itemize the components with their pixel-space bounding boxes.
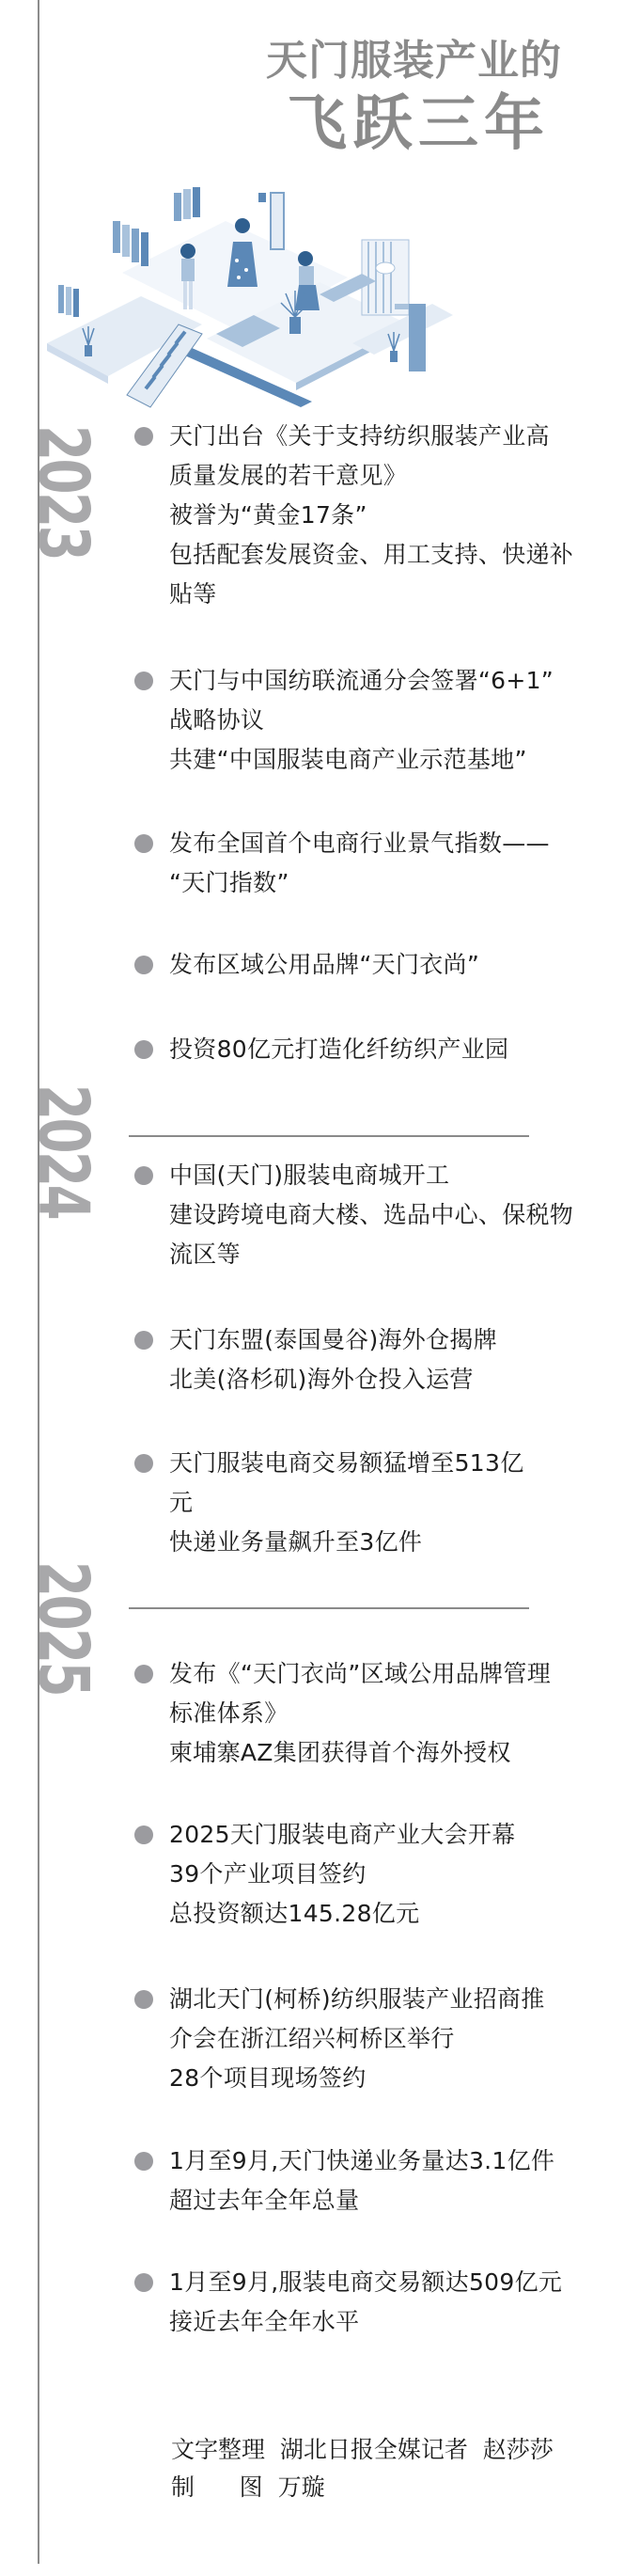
item-text: 共建“中国服装电商产业示范基地” (169, 740, 617, 780)
year-label-2025: 2025 (35, 1561, 91, 1700)
item-text: 发布区域公用品牌“天门衣尚” (169, 945, 617, 985)
item-text: 接近去年全年水平 (169, 2302, 617, 2342)
bullet-icon (134, 1665, 153, 1683)
item-text: 贴等 (169, 575, 617, 614)
bullet-icon (134, 672, 153, 690)
bullet-icon (134, 2273, 153, 2292)
item-text: 元 (169, 1483, 617, 1523)
year-label-2024: 2024 (35, 1084, 91, 1225)
item-text: 28个项目现场签约 (169, 2059, 617, 2098)
item-text: 1月至9月,天门快递业务量达3.1亿件 (169, 2141, 617, 2181)
page-title-line2: 飞跃三年 (287, 87, 550, 162)
item-text: “天门指数” (169, 863, 617, 903)
bullet-icon (134, 1454, 153, 1473)
item-text: 2025天门服装电商产业大会开幕 (169, 1815, 617, 1855)
item-text: 包括配套发展资金、用工支持、快递补 (169, 535, 617, 575)
item-text: 建设跨境电商大楼、选品中心、保税物 (169, 1195, 617, 1235)
item-text: 发布全国首个电商行业景气指数—— (169, 824, 617, 863)
timeline-item: 天门与中国纺联流通分会签署“6+1” 战略协议 共建“中国服装电商产业示范基地” (129, 661, 617, 780)
timeline-item: 发布《“天门衣尚”区域公用品牌管理 标准体系》 柬埔寨AZ集团获得首个海外授权 (129, 1654, 617, 1773)
item-text: 超过去年全年总量 (169, 2181, 617, 2220)
bullet-icon (134, 1990, 153, 2009)
item-text: 柬埔寨AZ集团获得首个海外授权 (169, 1733, 617, 1773)
timeline-item: 2025天门服装电商产业大会开幕 39个产业项目签约 总投资额达145.28亿元 (129, 1815, 617, 1934)
item-text: 湖北天门(柯桥)纺织服装产业招商推 (169, 1980, 617, 2019)
year-divider (129, 1135, 529, 1137)
item-text: 天门与中国纺联流通分会签署“6+1” (169, 661, 617, 701)
timeline-item: 发布区域公用品牌“天门衣尚” (129, 945, 617, 985)
page-title-line1: 天门服装产业的 (266, 36, 567, 87)
bullet-icon (134, 1331, 153, 1350)
item-text: 投资80亿元打造化纤纺织产业园 (169, 1030, 617, 1069)
item-text: 被誉为“黄金17条” (169, 496, 617, 535)
item-text: 北美(洛杉矶)海外仓投入运营 (169, 1360, 617, 1399)
bullet-icon (134, 2152, 153, 2171)
timeline-item: 1月至9月,天门快递业务量达3.1亿件 超过去年全年总量 (129, 2141, 617, 2220)
item-text: 标准体系》 (169, 1694, 617, 1733)
item-text: 天门服装电商交易额猛增至513亿 (169, 1444, 617, 1483)
bullet-icon (134, 956, 153, 974)
item-text: 介会在浙江绍兴柯桥区举行 (169, 2019, 617, 2059)
bullet-icon (134, 1825, 153, 1844)
timeline-item: 中国(天门)服装电商城开工 建设跨境电商大楼、选品中心、保税物 流区等 (129, 1156, 617, 1274)
timeline-item: 湖北天门(柯桥)纺织服装产业招商推 介会在浙江绍兴柯桥区举行 28个项目现场签约 (129, 1980, 617, 2098)
item-text: 1月至9月,服装电商交易额达509亿元 (169, 2263, 617, 2302)
bullet-icon (134, 427, 153, 446)
timeline-item: 天门东盟(泰国曼谷)海外仓揭牌 北美(洛杉矶)海外仓投入运营 (129, 1320, 617, 1399)
item-text: 流区等 (169, 1235, 617, 1274)
item-text: 战略协议 (169, 701, 617, 740)
credits: 文字整理 湖北日报全媒记者 赵莎莎 制 图 万璇 (171, 2431, 554, 2506)
timeline-item: 天门出台《关于支持纺织服装产业高 质量发展的若干意见》 被誉为“黄金17条” 包… (129, 417, 617, 614)
timeline-item: 投资80亿元打造化纤纺织产业园 (129, 1030, 617, 1069)
year-divider (129, 1607, 529, 1609)
bullet-icon (134, 1040, 153, 1059)
item-text: 天门东盟(泰国曼谷)海外仓揭牌 (169, 1320, 617, 1360)
timeline-axis-line (38, 0, 39, 2564)
item-text: 天门出台《关于支持纺织服装产业高 (169, 417, 617, 456)
timeline-item: 天门服装电商交易额猛增至513亿 元 快递业务量飙升至3亿件 (129, 1444, 617, 1562)
year-label-2023: 2023 (35, 425, 91, 562)
item-text: 发布《“天门衣尚”区域公用品牌管理 (169, 1654, 617, 1694)
store-illustration (38, 183, 460, 414)
item-text: 质量发展的若干意见》 (169, 456, 617, 496)
bullet-icon (134, 834, 153, 853)
item-text: 中国(天门)服装电商城开工 (169, 1156, 617, 1195)
credits-graphics: 制 图 万璇 (171, 2473, 325, 2501)
item-text: 快递业务量飙升至3亿件 (169, 1523, 617, 1562)
bullet-icon (134, 1166, 153, 1185)
credits-text-writer: 文字整理 湖北日报全媒记者 赵莎莎 (171, 2436, 554, 2463)
item-text: 39个产业项目签约 (169, 1855, 617, 1894)
timeline-item: 发布全国首个电商行业景气指数—— “天门指数” (129, 824, 617, 903)
timeline-item: 1月至9月,服装电商交易额达509亿元 接近去年全年水平 (129, 2263, 617, 2342)
item-text: 总投资额达145.28亿元 (169, 1894, 617, 1934)
